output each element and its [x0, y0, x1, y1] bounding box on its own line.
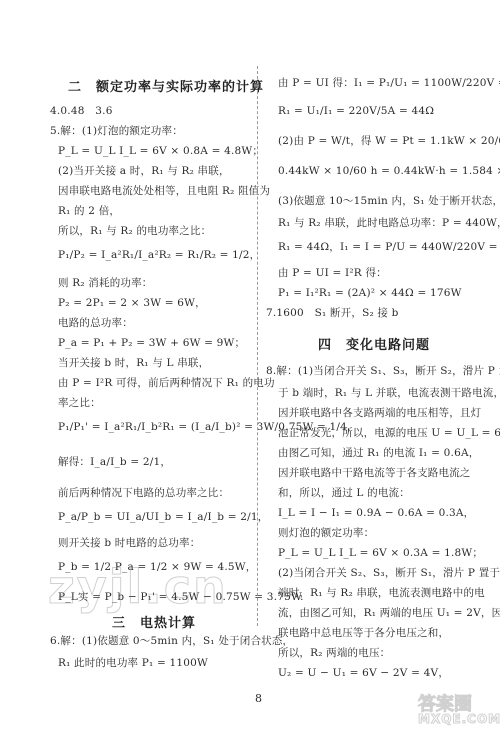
answer-line: 当开关接 b 时，R₁ 与 L 串联， — [58, 356, 209, 370]
answer-line: P_L = U_L I_L = 6V × 0.8A = 4.8W； — [58, 144, 263, 158]
section-title-3: 三 电热计算 — [112, 612, 196, 631]
answer-line: 前后两种情况下电路的总功率之比： — [58, 486, 229, 500]
answer-line: 率之比： — [58, 396, 101, 410]
answer-line: 由 P = UI = I²R 得： — [278, 266, 387, 280]
answer-line: 则开关接 b 时电路的总功率： — [58, 536, 200, 550]
answer-line: 8.解：(1)当闭合开关 S₁、S₃，断开 S₂，滑片 P 置 — [266, 364, 500, 378]
answer-line: 端时，R₁ 与 R₂ 串联，电流表测电路中的电 — [278, 586, 485, 600]
answer-line: 则灯泡的额定功率： — [278, 526, 374, 540]
formula-line: R₁ = 44Ω，I₁ = I = P/U = 440W/220V = 2A — [278, 240, 500, 254]
answer-line: 6.解：(1)依题意 0～5min 内，S₁ 处于闭合状态， — [50, 634, 293, 648]
answer-line: 4.0.48 3.6 — [50, 104, 113, 118]
answer-line: P_L = U_L I_L = 6V × 0.3A = 1.8W； — [278, 546, 483, 560]
answer-line: 因串联电路电流处处相等，且电阻 R₂ 阻值为 — [58, 184, 270, 198]
answer-line: R₁ 的 2 倍， — [58, 204, 120, 218]
answer-line: (3)依题意 10～15min 内，S₁ 处于断开状态， — [278, 194, 500, 208]
watermark-mxqe: MXQE.COM — [418, 712, 500, 726]
answer-line: 所以，R₁ 与 R₂ 的电功率之比： — [58, 224, 211, 238]
formula-line: P₁/P₂ = I_a²R₁/I_a²R₂ = R₁/R₂ = 1/2， — [58, 248, 260, 262]
answer-line: R₁ 与 R₂ 串联，此时电路总功率：P = 440W， — [278, 216, 500, 230]
answer-line: (2)当闭合开关 S₂、S₃，断开 S₁，滑片 P 置于 a — [278, 566, 500, 580]
section-title-2: 二 额定功率与实际功率的计算 — [68, 76, 264, 95]
column-divider — [257, 66, 258, 626]
formula-line: 解得：I_a/I_b = 2/1， — [58, 455, 171, 469]
answer-line: (2)当开关接 a 时，R₁ 与 R₂ 串联， — [58, 164, 230, 178]
formula-line: P_a/P_b = UI_a/UI_b = I_a/I_b = 2/1， — [58, 510, 269, 524]
formula-line: P₁ = I₁²R₁ = (2A)² × 44Ω = 176W — [278, 286, 462, 300]
answer-line: 流，由图乙可知，R₁ 两端的电压 U₁ = 2V，因串 — [278, 606, 500, 620]
answer-line: 电路的总功率： — [58, 316, 133, 330]
page-number: 8 — [255, 692, 262, 705]
formula-line: 0.44kW × 10/60 h = 0.44kW·h = 1.584 × 10… — [278, 164, 500, 178]
answer-line: 由 P = I²R 可得，前后两种情况下 R₁ 的电功 — [58, 376, 275, 390]
answer-line: R₁ 此时的电功率 P₁ = 1100W — [58, 656, 208, 670]
answer-line: 所以，R₂ 两端的电压： — [278, 646, 390, 660]
watermark-zyjl: zyjl.cn — [48, 560, 228, 614]
formula-line: (2)由 P = W/t，得 W = Pt = 1.1kW × 20/60 h … — [278, 134, 500, 148]
formula-line: U₂ = U − U₁ = 6V − 2V = 4V， — [278, 666, 449, 680]
answer-line: 5.解：(1)灯泡的额定功率： — [50, 124, 183, 138]
answer-line: 因并联电路中各支路两端的电压相等，且灯 — [278, 406, 481, 420]
answer-line: 于 b 端时，R₁ 与 L 并联，电流表测干路电流， — [278, 386, 500, 400]
answer-line: 和，所以，通过 L 的电流： — [278, 486, 410, 500]
answer-line: 联电路中总电压等于各分电压之和， — [278, 626, 449, 640]
answer-line: 因并联电路中干路电流等于各支路电流之 — [278, 466, 471, 480]
answer-line: P₂ = 2P₁ = 2 × 3W = 6W， — [58, 296, 206, 310]
answer-line: I_L = I − I₁ = 0.9A − 0.6A = 0.3A， — [278, 506, 474, 520]
section-title-4: 四 变化电路问题 — [318, 334, 430, 353]
answer-line: 则 R₂ 消耗的功率： — [58, 276, 153, 290]
answer-line: 由图乙可知，通过 R₁ 的电流 I₁ = 0.6A， — [278, 446, 479, 460]
formula-line: R₁ = U₁/I₁ = 220V/5A = 44Ω — [278, 104, 434, 118]
formula-line: 由 P = UI 得：I₁ = P₁/U₁ = 1100W/220V = 5A， — [278, 76, 500, 90]
answer-line: 7.1600 S₁ 断开，S₂ 接 b — [266, 306, 399, 320]
answer-line: P_a = P₁ + P₂ = 3W + 6W = 9W； — [58, 336, 245, 350]
answer-line: 泡正常发光，所以，电源的电压 U = U_L = 6V， — [278, 426, 500, 440]
answer-page: 二 额定功率与实际功率的计算 4.0.48 3.6 5.解：(1)灯泡的额定功率… — [0, 0, 500, 736]
